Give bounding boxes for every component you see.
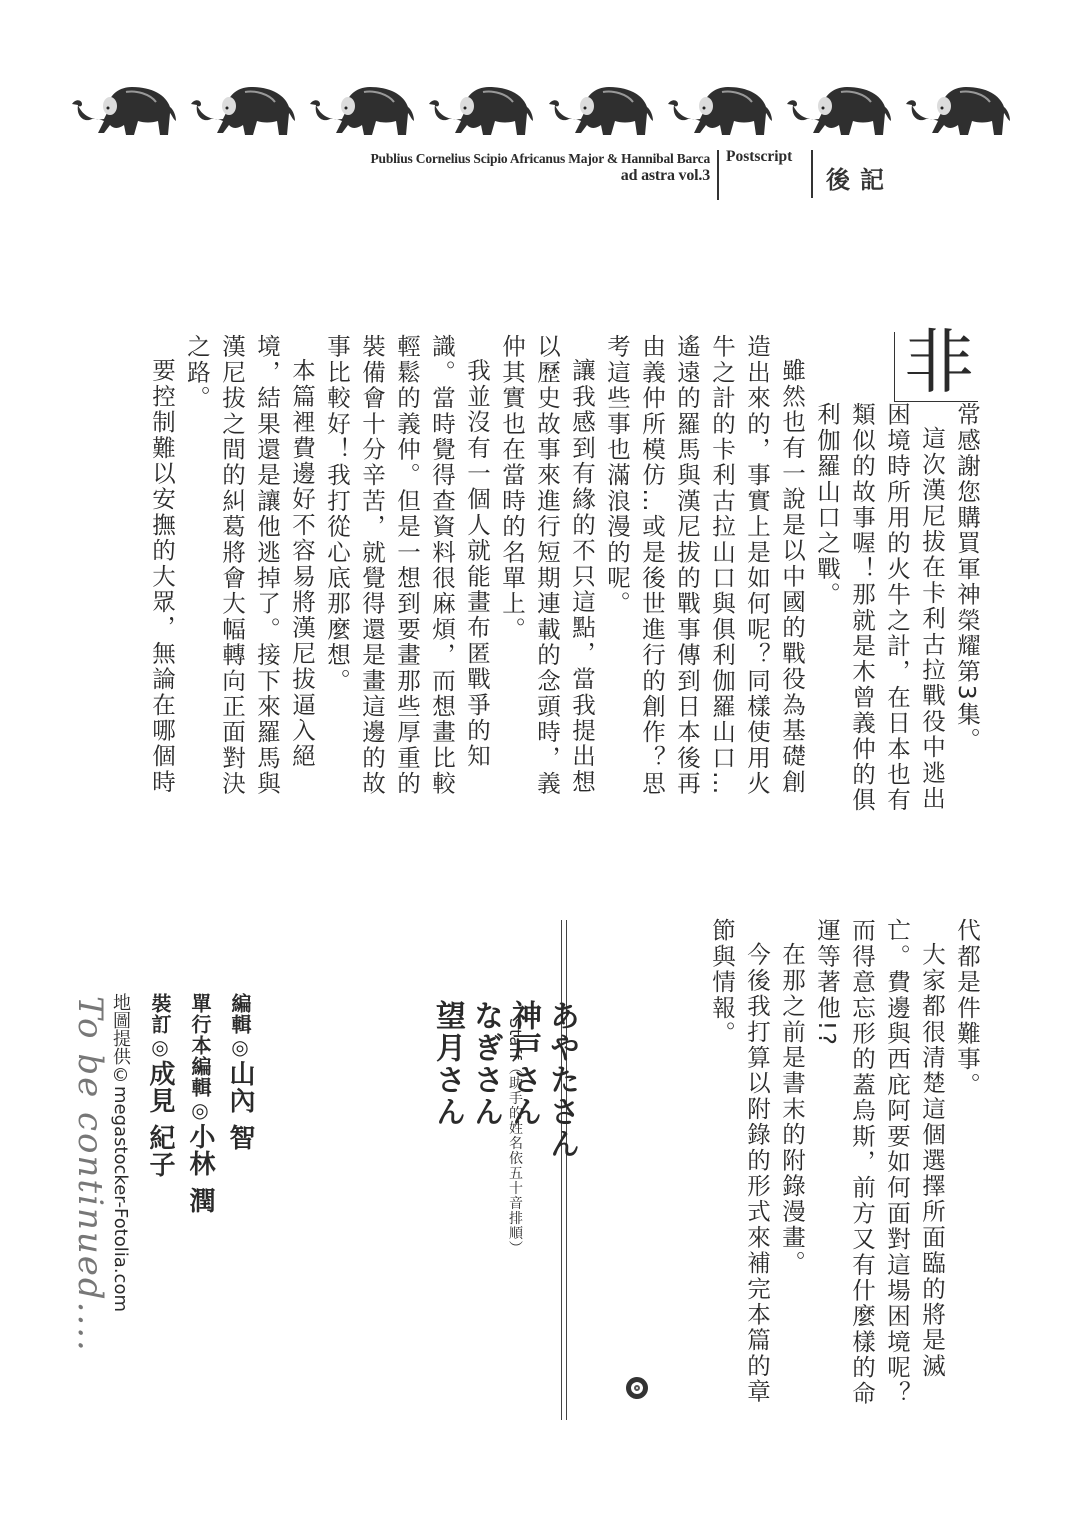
paragraph: 今後我打算以附錄的形式來補完本篇的章節與情報。 — [704, 918, 774, 1408]
credits: 編輯◎山內 智 單行本編輯◎小林 潤 裝訂◎成見 紀子 地圖提供©megasto… — [100, 993, 260, 1312]
staff-name: 神戸さん — [504, 1000, 542, 1160]
elephant-icon — [900, 78, 1016, 144]
paragraph: 本篇裡費邊好不容易將漢尼拔逼入絕境，結果還是讓他逃掉了。接下來羅馬與漢尼拔之間的… — [179, 334, 319, 816]
elephant-icon — [185, 78, 301, 144]
body-text-lower: 代都是件難事。 大家都很清楚這個選擇所面臨的將是滅亡。費邊與西庇阿要如何面對這場… — [584, 918, 984, 1408]
staff-name: なぎさん — [466, 1000, 504, 1160]
header-divider — [811, 150, 813, 198]
paragraph: 雖然也有一說是以中國的戰役為基礎創造出來的，事實上是如何呢？同樣使用火牛之計的卡… — [599, 334, 809, 816]
paragraph: 代都是件難事。 — [949, 918, 984, 1408]
double-divider — [561, 920, 567, 1420]
paragraph: 這次漢尼拔在卡利古拉戰役中逃出困境時所用的火牛之計，在日本也有類似的故事喔！那就… — [809, 402, 949, 816]
subtitle-line-2: ad astra vol.3 — [370, 167, 710, 184]
opening-line: 常感謝您購買軍神榮耀第3集。 — [949, 402, 984, 822]
elephant-icon — [304, 78, 420, 144]
section-title-en: Postscript — [726, 148, 792, 166]
elephant-banner — [66, 78, 1016, 144]
section-title-zh: 後記 — [826, 160, 894, 195]
paragraph: 讓我感到有緣的不只這點，當我提出想以歷史故事來進行短期連載的念頭時，義仲其實也在… — [494, 334, 599, 816]
subtitle-line-1: Publius Cornelius Scipio Africanus Major… — [370, 150, 710, 167]
elephant-icon — [543, 78, 659, 144]
elephant-icon — [781, 78, 897, 144]
credit-design: 裝訂◎成見 紀子 — [140, 993, 180, 1312]
elephant-icon — [423, 78, 539, 144]
paragraph: 大家都很清楚這個選擇所面臨的將是滅亡。費邊與西庇阿要如何面對這場困境呢？而得意忘… — [809, 918, 949, 1408]
elephant-icon — [66, 78, 182, 144]
paragraph: 在那之前是書末的附錄漫畫。 — [774, 918, 809, 1408]
page-header: Publius Cornelius Scipio Africanus Major… — [0, 150, 1072, 202]
series-subtitle: Publius Cornelius Scipio Africanus Major… — [370, 150, 710, 184]
credit-editor: 編輯◎山內 智 — [220, 993, 260, 1312]
paragraph: 我並沒有一個人就能畫布匿戰爭的知識。當時覺得查資料很麻煩，而想畫比較輕鬆的義仲。… — [319, 334, 494, 816]
to-be-continued: To be continued.... — [70, 996, 110, 1353]
paragraph: 要控制難以安撫的大眾，無論在哪個時 — [144, 334, 179, 816]
staff-name: あやたさん — [542, 1000, 580, 1160]
staff-name: 望月さん — [428, 1000, 466, 1160]
credit-volume-editor: 單行本編輯◎小林 潤 — [180, 993, 220, 1312]
end-mark-icon — [626, 1377, 648, 1399]
header-divider — [717, 150, 719, 200]
body-text-upper: 這次漢尼拔在卡利古拉戰役中逃出困境時所用的火牛之計，在日本也有類似的故事喔！那就… — [79, 334, 949, 816]
staff-names: あやたさん 神戸さん なぎさん 望月さん — [428, 1000, 580, 1160]
elephant-icon — [662, 78, 778, 144]
